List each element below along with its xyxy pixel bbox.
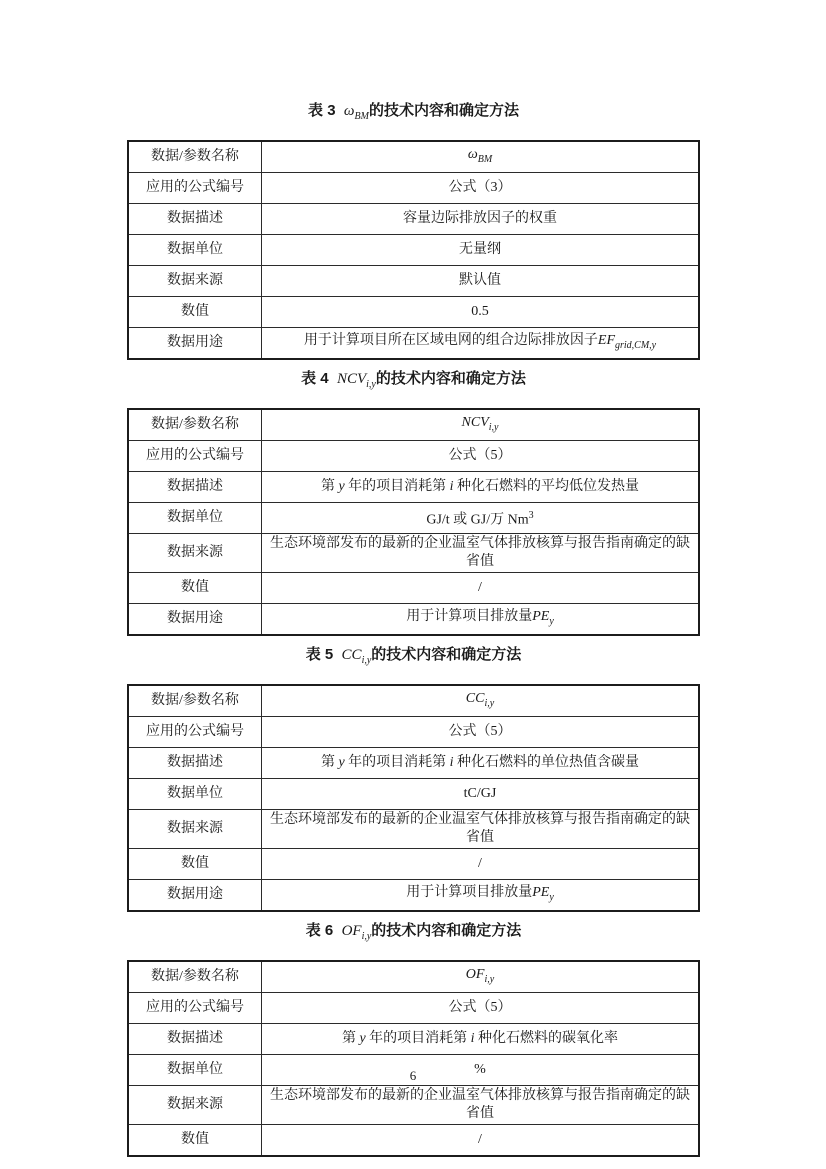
row-label: 数据来源 bbox=[128, 266, 262, 297]
caption-table-4: 表 4 NCVi,y的技术内容和确定方法 bbox=[127, 369, 700, 395]
table-row: 数据单位tC/GJ bbox=[128, 779, 699, 810]
document-page: 表 3 ωBM的技术内容和确定方法数据/参数名称ωBM应用的公式编号公式（3）数… bbox=[0, 0, 826, 1169]
table-row: 应用的公式编号公式（5） bbox=[128, 993, 699, 1024]
row-label: 应用的公式编号 bbox=[128, 717, 262, 748]
row-label: 数据描述 bbox=[128, 204, 262, 235]
table-row: 应用的公式编号公式（5） bbox=[128, 717, 699, 748]
table-row: 数据来源生态环境部发布的最新的企业温室气体排放核算与报告指南确定的缺省值 bbox=[128, 534, 699, 573]
table-row: 数据描述第 y 年的项目消耗第 i 种化石燃料的碳氧化率 bbox=[128, 1024, 699, 1055]
row-value: 公式（5） bbox=[262, 717, 700, 748]
table-5: 数据/参数名称CCi,y应用的公式编号公式（5）数据描述第 y 年的项目消耗第 … bbox=[127, 684, 700, 912]
row-value: / bbox=[262, 573, 700, 604]
row-label: 应用的公式编号 bbox=[128, 173, 262, 204]
row-value: 公式（5） bbox=[262, 993, 700, 1024]
row-value: / bbox=[262, 849, 700, 880]
row-label: 数据单位 bbox=[128, 779, 262, 810]
table-row: 数据来源默认值 bbox=[128, 266, 699, 297]
row-value: 第 y 年的项目消耗第 i 种化石燃料的平均低位发热量 bbox=[262, 472, 700, 503]
row-label: 数据用途 bbox=[128, 604, 262, 636]
row-value: NCVi,y bbox=[262, 409, 700, 441]
caption-table-6: 表 6 OFi,y的技术内容和确定方法 bbox=[127, 921, 700, 947]
row-value: GJ/t 或 GJ/万 Nm3 bbox=[262, 503, 700, 534]
row-label: 数值 bbox=[128, 297, 262, 328]
row-label: 数据来源 bbox=[128, 534, 262, 573]
row-label: 数据描述 bbox=[128, 1024, 262, 1055]
row-value: 公式（3） bbox=[262, 173, 700, 204]
row-value: / bbox=[262, 1125, 700, 1157]
table-row: 数据单位无量纲 bbox=[128, 235, 699, 266]
row-label: 数据/参数名称 bbox=[128, 141, 262, 173]
caption-table-5: 表 5 CCi,y的技术内容和确定方法 bbox=[127, 645, 700, 671]
row-value: 生态环境部发布的最新的企业温室气体排放核算与报告指南确定的缺省值 bbox=[262, 534, 700, 573]
row-label: 数据/参数名称 bbox=[128, 409, 262, 441]
row-label: 数据单位 bbox=[128, 503, 262, 534]
row-value: tC/GJ bbox=[262, 779, 700, 810]
row-label: 数据/参数名称 bbox=[128, 961, 262, 993]
row-label: 应用的公式编号 bbox=[128, 993, 262, 1024]
page-number: 6 bbox=[0, 1068, 826, 1084]
row-value: ωBM bbox=[262, 141, 700, 173]
table-row: 数据单位GJ/t 或 GJ/万 Nm3 bbox=[128, 503, 699, 534]
table-row: 数据来源生态环境部发布的最新的企业温室气体排放核算与报告指南确定的缺省值 bbox=[128, 1086, 699, 1125]
row-value: CCi,y bbox=[262, 685, 700, 717]
row-value: 用于计算项目排放量PEy bbox=[262, 604, 700, 636]
row-label: 数据来源 bbox=[128, 810, 262, 849]
row-label: 数值 bbox=[128, 849, 262, 880]
row-label: 数据来源 bbox=[128, 1086, 262, 1125]
table-row: 数据来源生态环境部发布的最新的企业温室气体排放核算与报告指南确定的缺省值 bbox=[128, 810, 699, 849]
row-label: 数据描述 bbox=[128, 748, 262, 779]
table-row: 数据用途用于计算项目排放量PEy bbox=[128, 880, 699, 912]
table-6: 数据/参数名称OFi,y应用的公式编号公式（5）数据描述第 y 年的项目消耗第 … bbox=[127, 960, 700, 1157]
row-value: 生态环境部发布的最新的企业温室气体排放核算与报告指南确定的缺省值 bbox=[262, 1086, 700, 1125]
row-value: 默认值 bbox=[262, 266, 700, 297]
row-value: 无量纲 bbox=[262, 235, 700, 266]
table-row: 数值0.5 bbox=[128, 297, 699, 328]
table-row: 数据用途用于计算项目排放量PEy bbox=[128, 604, 699, 636]
row-label: 应用的公式编号 bbox=[128, 441, 262, 472]
caption-table-3: 表 3 ωBM的技术内容和确定方法 bbox=[127, 101, 700, 127]
table-row: 数据描述容量边际排放因子的权重 bbox=[128, 204, 699, 235]
table-row: 数值/ bbox=[128, 1125, 699, 1157]
row-value: 0.5 bbox=[262, 297, 700, 328]
table-row: 数据/参数名称CCi,y bbox=[128, 685, 699, 717]
table-3: 数据/参数名称ωBM应用的公式编号公式（3）数据描述容量边际排放因子的权重数据单… bbox=[127, 140, 700, 360]
row-label: 数据描述 bbox=[128, 472, 262, 503]
row-label: 数据用途 bbox=[128, 328, 262, 360]
table-row: 数据/参数名称NCVi,y bbox=[128, 409, 699, 441]
table-row: 应用的公式编号公式（5） bbox=[128, 441, 699, 472]
row-value: 生态环境部发布的最新的企业温室气体排放核算与报告指南确定的缺省值 bbox=[262, 810, 700, 849]
row-value: 容量边际排放因子的权重 bbox=[262, 204, 700, 235]
row-value: OFi,y bbox=[262, 961, 700, 993]
row-label: 数值 bbox=[128, 573, 262, 604]
row-value: 用于计算项目所在区域电网的组合边际排放因子EFgrid,CM,y bbox=[262, 328, 700, 360]
row-value: 用于计算项目排放量PEy bbox=[262, 880, 700, 912]
table-row: 数据/参数名称OFi,y bbox=[128, 961, 699, 993]
table-row: 数值/ bbox=[128, 849, 699, 880]
table-row: 数据描述第 y 年的项目消耗第 i 种化石燃料的平均低位发热量 bbox=[128, 472, 699, 503]
row-value: 第 y 年的项目消耗第 i 种化石燃料的单位热值含碳量 bbox=[262, 748, 700, 779]
row-label: 数据用途 bbox=[128, 880, 262, 912]
row-value: 第 y 年的项目消耗第 i 种化石燃料的碳氧化率 bbox=[262, 1024, 700, 1055]
tables-container: 表 3 ωBM的技术内容和确定方法数据/参数名称ωBM应用的公式编号公式（3）数… bbox=[127, 0, 700, 1157]
table-4: 数据/参数名称NCVi,y应用的公式编号公式（5）数据描述第 y 年的项目消耗第… bbox=[127, 408, 700, 636]
table-row: 应用的公式编号公式（3） bbox=[128, 173, 699, 204]
table-row: 数据/参数名称ωBM bbox=[128, 141, 699, 173]
table-row: 数据描述第 y 年的项目消耗第 i 种化石燃料的单位热值含碳量 bbox=[128, 748, 699, 779]
row-value: 公式（5） bbox=[262, 441, 700, 472]
table-row: 数据用途用于计算项目所在区域电网的组合边际排放因子EFgrid,CM,y bbox=[128, 328, 699, 360]
row-label: 数值 bbox=[128, 1125, 262, 1157]
row-label: 数据单位 bbox=[128, 235, 262, 266]
row-label: 数据/参数名称 bbox=[128, 685, 262, 717]
table-row: 数值/ bbox=[128, 573, 699, 604]
